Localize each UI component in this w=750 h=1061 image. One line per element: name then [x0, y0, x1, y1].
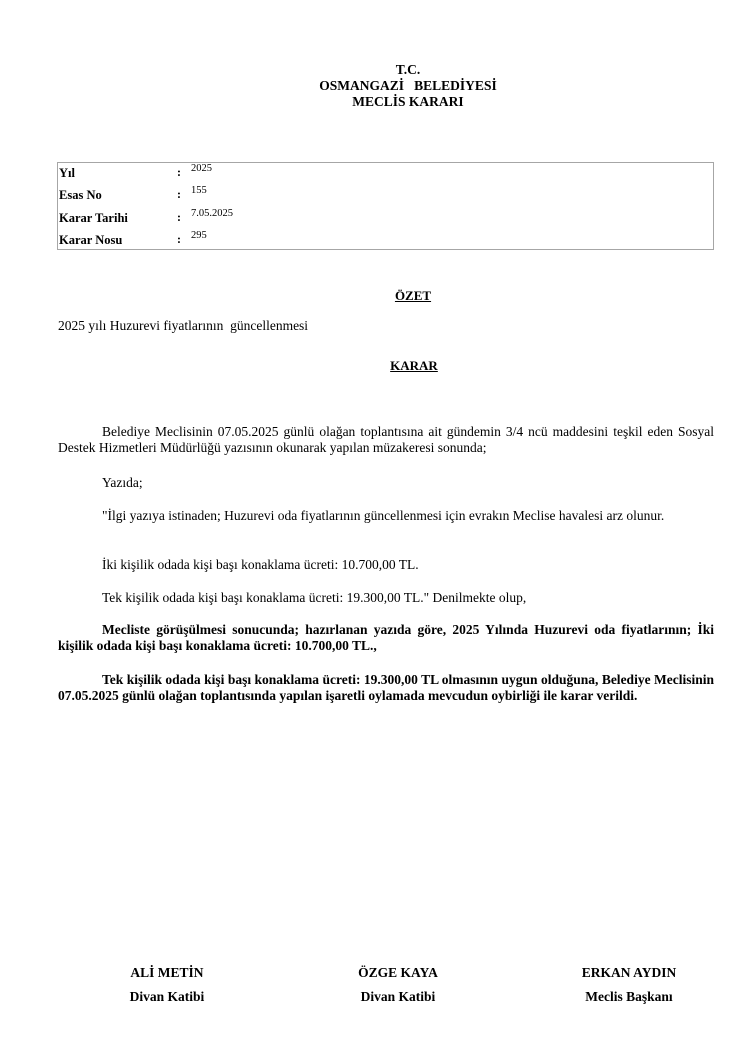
header-tc: T.C. [0, 62, 750, 78]
info-colon: : [177, 165, 181, 180]
info-value: 155 [191, 185, 207, 196]
decision-paragraph-quote: "İlgi yazıya istinaden; Huzurevi oda fiy… [58, 508, 714, 524]
document-header: T.C. OSMANGAZİ BELEDİYESİ MECLİS KARARI [0, 62, 750, 110]
info-row-year: Yıl : 2025 [58, 163, 713, 183]
info-row-esas-no: Esas No : 155 [58, 185, 713, 205]
header-municipality: OSMANGAZİ BELEDİYESİ [0, 78, 750, 94]
signature-title: Divan Katibi [67, 985, 267, 1009]
info-row-decision-date: Karar Tarihi : 7.05.2025 [58, 208, 713, 228]
decision-paragraph-double-room: İki kişilik odada kişi başı konaklama üc… [58, 557, 714, 573]
decision-title: KARAR [378, 358, 450, 374]
signature-block-secretary-2: ÖZGE KAYA Divan Katibi [298, 961, 498, 1009]
signature-block-council-president: ERKAN AYDIN Meclis Başkanı [529, 961, 729, 1009]
info-row-decision-no: Karar Nosu : 295 [58, 230, 713, 250]
signature-name: ÖZGE KAYA [298, 961, 498, 985]
summary-text: 2025 yılı Huzurevi fiyatlarının güncelle… [58, 318, 308, 334]
info-value: 2025 [191, 163, 212, 174]
signature-title: Meclis Başkanı [529, 985, 729, 1009]
signature-block-secretary-1: ALİ METİN Divan Katibi [67, 961, 267, 1009]
decision-paragraph-writing: Yazıda; [58, 475, 714, 491]
info-label: Yıl [59, 166, 75, 181]
signature-name: ERKAN AYDIN [529, 961, 729, 985]
signature-name: ALİ METİN [67, 961, 267, 985]
decision-paragraph-resolution: Mecliste görüşülmesi sonucunda; hazırlan… [58, 622, 714, 654]
decision-info-box: Yıl : 2025 Esas No : 155 Karar Tarihi : … [57, 162, 714, 250]
info-label: Karar Tarihi [59, 211, 128, 226]
info-label: Esas No [59, 188, 102, 203]
info-value: 7.05.2025 [191, 208, 233, 219]
signature-title: Divan Katibi [298, 985, 498, 1009]
info-label: Karar Nosu [59, 233, 122, 248]
decision-paragraph-intro: Belediye Meclisinin 07.05.2025 günlü ola… [58, 424, 714, 456]
decision-paragraph-final: Tek kişilik odada kişi başı konaklama üc… [58, 672, 714, 704]
info-value: 295 [191, 230, 207, 241]
info-colon: : [177, 210, 181, 225]
info-colon: : [177, 187, 181, 202]
info-colon: : [177, 232, 181, 247]
header-council-decision: MECLİS KARARI [0, 94, 750, 110]
summary-title: ÖZET [383, 288, 443, 304]
decision-paragraph-single-room: Tek kişilik odada kişi başı konaklama üc… [58, 590, 714, 606]
